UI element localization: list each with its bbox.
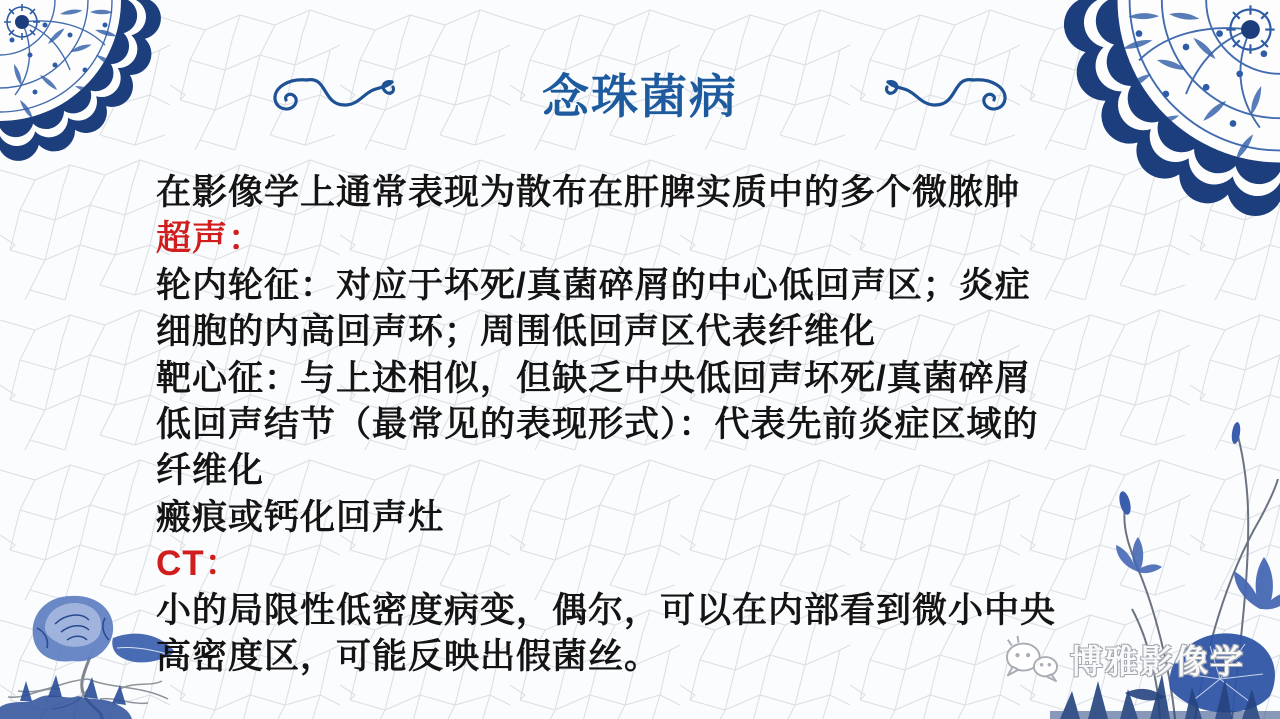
body-line: 低回声结节（最常见的表现形式）：代表先前炎症区域的 bbox=[156, 402, 1156, 448]
slide: 念珠菌病 在影像学上通常表现为散布在肝脾实质中的多个微脓肿超声：轮内轮征：对应于… bbox=[0, 0, 1280, 719]
swirl-flourish-left-icon bbox=[270, 74, 396, 114]
body-line: 超声： bbox=[156, 216, 1156, 262]
body-text: 在影像学上通常表现为散布在肝脾实质中的多个微脓肿超声：轮内轮征：对应于坏死/真菌… bbox=[156, 170, 1156, 680]
body-line: 细胞的内高回声环；周围低回声区代表纤维化 bbox=[156, 309, 1156, 355]
body-line: 靶心征：与上述相似，但缺乏中央低回声坏死/真菌碎屑 bbox=[156, 356, 1156, 402]
watermark-text: 博雅影像学 bbox=[1070, 636, 1245, 683]
watermark: 博雅影像学 bbox=[1000, 632, 1245, 686]
slide-header: 念珠菌病 bbox=[0, 60, 1280, 127]
body-line: 瘢痕或钙化回声灶 bbox=[156, 495, 1156, 541]
body-line: 小的局限性低密度病变，偶尔，可以在内部看到微小中央 bbox=[156, 588, 1156, 634]
page-title: 念珠菌病 bbox=[542, 60, 738, 127]
body-line: 纤维化 bbox=[156, 448, 1156, 494]
wechat-icon bbox=[1000, 632, 1062, 686]
body-line: 在影像学上通常表现为散布在肝脾实质中的多个微脓肿 bbox=[156, 170, 1156, 216]
body-line: CT： bbox=[156, 541, 1156, 587]
body-line: 轮内轮征：对应于坏死/真菌碎屑的中心低回声区；炎症 bbox=[156, 263, 1156, 309]
swirl-flourish-right-icon bbox=[884, 74, 1010, 114]
